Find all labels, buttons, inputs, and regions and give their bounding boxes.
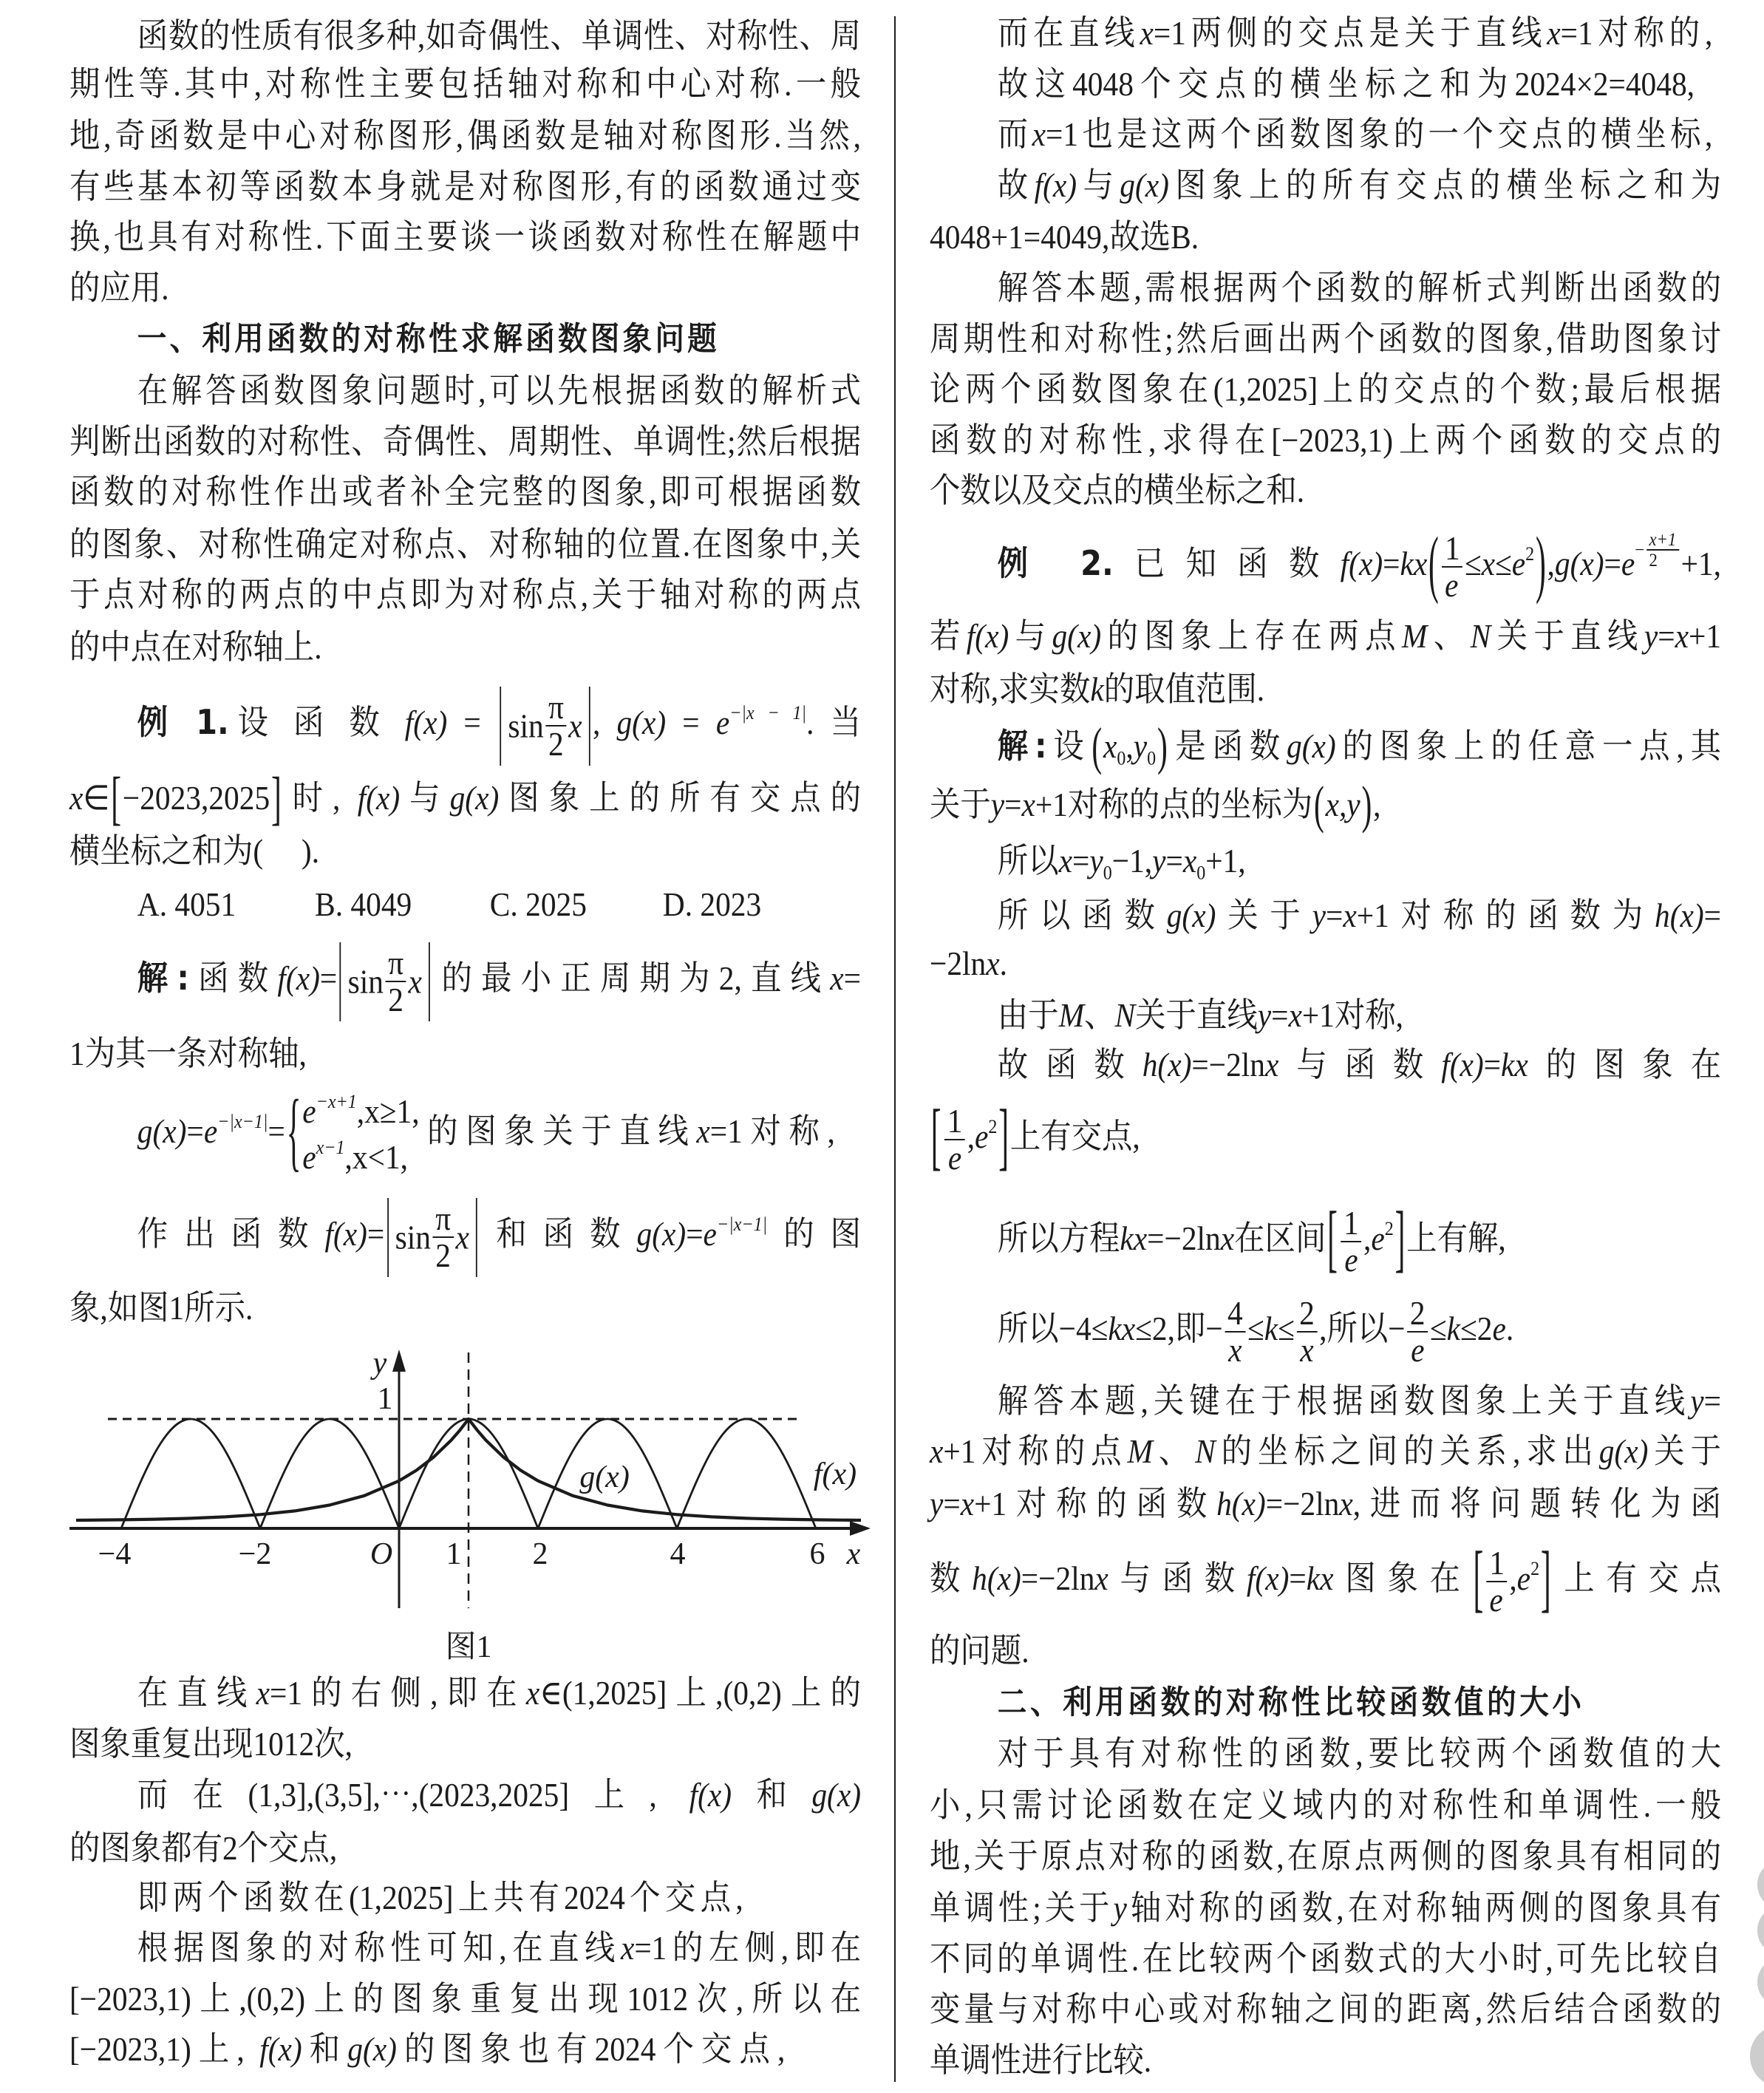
example2-summary-line: 解答本题,关键在于根据函数图象上关于直线y= xyxy=(930,1378,1721,1425)
math-var: kx xyxy=(1400,545,1427,582)
text-run: +1对称的函数为 xyxy=(1357,896,1655,934)
math-var: y xyxy=(1089,842,1103,879)
right-column: 而在直线x=1两侧的交点是关于直线x=1对称的, 故这4048个交点的横坐标之和… xyxy=(930,0,1721,2093)
text-run: ,进而将问题转化为函 xyxy=(1353,1485,1721,1522)
math-var: x xyxy=(1059,842,1072,879)
superscript: 2 xyxy=(1530,1557,1539,1579)
example2-stem-line: 例 2.已知函数f(x)=kx(1e≤x≤e2),g(x)=e−x+12+1, xyxy=(930,519,1721,608)
math-op: =−2ln xyxy=(1266,1485,1340,1522)
math-var: e xyxy=(1517,1559,1530,1597)
fraction-numerator: π xyxy=(386,945,406,981)
text-run: 上有交点 xyxy=(1552,1559,1721,1597)
math-var: g(x) xyxy=(1555,545,1604,582)
math-var: x xyxy=(1265,1046,1278,1083)
section2-para-line: 对于具有对称性的函数,要比较两个函数值的大 xyxy=(930,1730,1721,1777)
fraction: 4x xyxy=(1225,1296,1245,1369)
example2-solution-line: 解:设(x0,y0)是函数g(x)的图象上的任意一点,其 xyxy=(930,712,1721,779)
math-var: g(x) xyxy=(347,2030,397,2068)
figure-caption: 图1 xyxy=(445,1630,491,1664)
fraction-denominator: 2 xyxy=(545,725,566,762)
math-op: , xyxy=(1363,1219,1371,1257)
math-var: y xyxy=(1258,996,1271,1034)
fraction-numerator: x+1 xyxy=(1646,530,1679,550)
text-run: =1的右侧,即在 xyxy=(270,1674,526,1712)
text-run: 当 xyxy=(831,704,861,741)
x-tick-label: 6 xyxy=(810,1537,825,1571)
case-row: ex−1,x<1, xyxy=(302,1134,419,1180)
math-var: g(x) xyxy=(616,704,666,741)
math-op: , xyxy=(593,704,617,741)
text-run: 作出函数 xyxy=(137,1215,325,1253)
text-run: 单调性;关于 xyxy=(930,1889,1113,1927)
section1-para-line: 判断出函数的对称性、奇偶性、周期性、单调性;然后根据 xyxy=(69,418,861,466)
text-run: 数 xyxy=(930,1559,972,1597)
superscript: 2 xyxy=(1525,542,1534,565)
piecewise-definition-line: g(x)=e−|x−1|={e−x+1,x≥1,ex−1,x<1,的图象关于直线… xyxy=(69,1081,835,1182)
text-run: 的图象关于直线 xyxy=(420,1112,697,1150)
subscript: 0 xyxy=(1196,861,1205,883)
math-var: y xyxy=(991,786,1004,823)
fraction: 1e xyxy=(1341,1205,1361,1279)
math-var: M xyxy=(1127,1432,1152,1470)
option-d: D. 2023 xyxy=(663,881,761,928)
fraction: 1e xyxy=(1442,531,1462,604)
math-op: =−2ln xyxy=(1147,1219,1221,1257)
example2-solution-line: 故函数h(x)=−2lnx与函数f(x)=kx的图象在 xyxy=(930,1041,1721,1089)
math-var: x xyxy=(1339,1485,1352,1522)
text-run: 上有解, xyxy=(1406,1219,1506,1257)
math-var: e xyxy=(302,1092,316,1130)
math-op: − xyxy=(1635,540,1644,560)
math-var: x xyxy=(408,962,421,1000)
option-b: B. 4049 xyxy=(315,881,412,928)
text-run: ≤2,即− xyxy=(1135,1310,1223,1347)
text-run: 若 xyxy=(930,617,967,655)
math-var: g(x) xyxy=(1599,1432,1649,1470)
text-run: 的坐标之间的关系,求出 xyxy=(1216,1432,1599,1470)
intro-line: 的应用. xyxy=(69,265,861,312)
text-run: 所以 xyxy=(998,842,1059,879)
fraction-denominator: e xyxy=(1487,1581,1508,1618)
fraction-denominator: e xyxy=(1341,1241,1361,1278)
math-var: y xyxy=(1134,727,1147,765)
text-run: 图象在 xyxy=(1333,1559,1471,1597)
conclusion-line: 故这4048个交点的横坐标之和为2024×2=4048, xyxy=(930,61,1695,108)
x-axis-arrow-icon xyxy=(850,1521,871,1536)
analysis-line: 而在(1,3],(3,5],⋯,(2023,2025]上, f(x)和g(x) xyxy=(69,1772,861,1819)
math-var: kx xyxy=(1120,1219,1147,1257)
math-var: e xyxy=(204,1112,217,1150)
page-edge-circle xyxy=(1750,2025,1764,2087)
math-var: x xyxy=(1288,996,1301,1034)
superscript: −|x−1| xyxy=(217,1110,268,1132)
text-run: 的最小正周期为2,直线 xyxy=(432,959,830,997)
section1-para-line: 函数的对称性作出或者补全完整的图象,即可根据函数 xyxy=(69,469,861,516)
math-op: = xyxy=(1484,1046,1501,1083)
text-run: =1对称, xyxy=(710,1112,835,1150)
math-var: y xyxy=(1644,617,1658,655)
math-var: x,y xyxy=(1326,786,1361,823)
math-var: x xyxy=(1022,786,1035,823)
fraction: π2 xyxy=(433,1201,454,1274)
x-tick-label: 2 xyxy=(533,1537,548,1571)
math-var: f(x) xyxy=(358,779,400,817)
math-var: x xyxy=(1221,1219,1234,1257)
text-run: 在区间 xyxy=(1234,1219,1326,1257)
example2-solution-line: 所以−4≤kx≤2,即−4x≤k≤2x,所以−2e≤k≤2e. xyxy=(930,1284,1721,1373)
case-row: e−x+1,x≥1, xyxy=(302,1089,419,1134)
fraction-numerator: 4 xyxy=(1225,1296,1245,1331)
text-run: 由于 xyxy=(998,996,1059,1034)
math-op: =−2ln xyxy=(1021,1559,1095,1597)
text-run: 而在直线 xyxy=(998,14,1140,52)
math-op: , xyxy=(1126,727,1133,765)
text-run: =1的左侧,即在 xyxy=(634,1929,861,1967)
text-run: 对称,求实数 xyxy=(930,670,1090,708)
text-run: 故 xyxy=(998,166,1035,204)
math-op: = xyxy=(1166,842,1183,879)
section2-para-line: 小,只需讨论函数在定义域内的对称性和单调性.一般 xyxy=(930,1782,1721,1829)
text-run: 、 xyxy=(1084,996,1114,1034)
text-run: 与 xyxy=(1077,166,1120,204)
subscript: 0 xyxy=(1103,861,1112,883)
math-op: ≤ xyxy=(1465,545,1482,582)
example2-solution-line: −2lnx. xyxy=(930,940,1721,987)
curve-f-label: f(x) xyxy=(814,1457,857,1491)
y-axis-label: y xyxy=(370,1347,387,1381)
text-run: 的图象也有2024个交点, xyxy=(397,2030,785,2068)
section2-para-line: 不同的单调性.在比较两个函数式的大小时,可先比较自 xyxy=(930,1936,1721,1983)
text-run: 所以函数 xyxy=(998,896,1167,934)
text-run: 所以−4≤ xyxy=(998,1310,1109,1347)
text-run: 是函数 xyxy=(1169,727,1287,765)
subscript: 0 xyxy=(1117,746,1126,769)
math-var: x xyxy=(1032,115,1046,153)
absolute-value: sinπ2x xyxy=(387,1198,477,1277)
math-var: g(x) xyxy=(137,1112,187,1150)
math-var: M xyxy=(1059,996,1084,1034)
math-var: e xyxy=(1492,1310,1505,1347)
math-var: h(x) xyxy=(1216,1485,1266,1522)
math-var: e xyxy=(1371,1219,1384,1257)
math-op: = xyxy=(1289,1559,1306,1597)
fraction: π2 xyxy=(545,690,566,763)
math-var: f(x) xyxy=(1247,1559,1289,1597)
math-op: . xyxy=(1506,1310,1513,1347)
left-column: 函数的性质有很多种,如奇偶性、单调性、对称性、周 期性等.其中,对称性主要包括轴… xyxy=(69,0,861,2093)
intro-line: 换,也具有对称性.下面主要谈一谈函数对称性在解题中 xyxy=(69,214,861,261)
math-op: , xyxy=(1373,786,1380,823)
text-run: 关于 xyxy=(930,786,991,823)
example2-summary-line: 数h(x)=−2lnx与函数f(x)=kx图象在[1e,e2]上有交点 xyxy=(930,1534,1721,1623)
section1-para-line: 在解答函数图象问题时,可以先根据函数的解析式 xyxy=(69,367,861,415)
math-var: x xyxy=(1183,842,1196,879)
x-axis-label: x xyxy=(846,1537,861,1571)
text-run: 设 xyxy=(1047,727,1091,765)
conclusion-line: 而x=1也是这两个函数图象的一个交点的横坐标, xyxy=(930,111,1712,158)
math-var: e xyxy=(1621,545,1635,582)
example1-options: A. 4051 B. 4049 C. 2025 D. 2023 xyxy=(69,881,861,928)
text-run: 解答本题,关键在于根据函数图象上关于直线 xyxy=(998,1382,1690,1420)
math-op: = xyxy=(447,704,497,741)
math-var: kx xyxy=(1108,1310,1135,1347)
math-op: +1, xyxy=(1205,842,1245,879)
math-var: x xyxy=(986,945,999,982)
math-op: ∈ xyxy=(83,779,109,817)
example2-solution-line: 由于M、N关于直线y=x+1对称, xyxy=(930,992,1721,1039)
math-var: N xyxy=(1471,617,1491,655)
page-edge-circle xyxy=(1757,1905,1764,1956)
math-var: kx xyxy=(1501,1046,1528,1083)
math-var: e xyxy=(716,704,729,741)
section1-heading: 一、利用函数的对称性求解函数图象问题 xyxy=(69,316,717,363)
analysis-line: 图象重复出现1012次, xyxy=(69,1721,861,1768)
fraction-numerator: π xyxy=(433,1201,454,1236)
intro-line: 有些基本初等函数本身就是对称图形,有的函数通过变 xyxy=(69,163,861,211)
math-op: =−2ln xyxy=(1191,1046,1265,1083)
page-edge-circle xyxy=(1757,1859,1764,1910)
math-op: = xyxy=(1658,617,1675,655)
fraction-numerator: π xyxy=(545,690,566,725)
absolute-value: sinπ2x xyxy=(340,942,430,1021)
math-op: = xyxy=(686,1215,703,1253)
math-op: , xyxy=(1547,545,1555,582)
text-run: 故函数 xyxy=(998,1046,1142,1083)
text-run: 在直线 xyxy=(137,1674,256,1712)
text-run: 、 xyxy=(1427,617,1470,655)
fraction: π2 xyxy=(386,945,406,1018)
math-op: = xyxy=(367,1215,384,1253)
math-condition: ,x≥1, xyxy=(357,1092,420,1130)
math-var: g(x) xyxy=(1120,166,1169,204)
example2-summary-line: x+1对称的点M、N的坐标之间的关系,求出g(x)关于 xyxy=(930,1428,1721,1475)
text-run: 所以方程 xyxy=(998,1219,1120,1257)
math-var: f(x) xyxy=(1035,166,1077,204)
math-var: k xyxy=(1264,1310,1278,1347)
text-run: 与 xyxy=(1009,617,1052,655)
section2-para-line: 单调性;关于y轴对称的函数,在对称轴两侧的图象具有 xyxy=(930,1885,1721,1932)
math-var: x xyxy=(1094,1559,1108,1597)
math-var: y xyxy=(1312,896,1326,934)
math-var: h(x) xyxy=(972,1559,1021,1597)
text-run: +1对称的点 xyxy=(943,1432,1127,1470)
subscript: 0 xyxy=(1147,746,1156,769)
math-var: g(x) xyxy=(1167,896,1216,934)
fraction-numerator: 1 xyxy=(1442,531,1462,566)
y-tick-label: 1 xyxy=(378,1382,393,1416)
math-var: x xyxy=(526,1674,539,1712)
fraction: 2e xyxy=(1407,1296,1428,1369)
conclusion-line: 而在直线x=1两侧的交点是关于直线x=1对称的, xyxy=(930,10,1712,57)
summary-line: 个数以及交点的横坐标之和. xyxy=(930,467,1721,514)
math-var: N xyxy=(1195,1432,1216,1470)
example2-solution-line: 所以x=y0−1,y=x0+1, xyxy=(930,837,1721,885)
example2-solution-line: 所以方程kx=−2lnx在区间[1e,e2]上有解, xyxy=(930,1194,1721,1283)
intro-line: 函数的性质有很多种,如奇偶性、单调性、对称性、周 xyxy=(69,13,861,60)
analysis-line: 根据图象的对称性可知,在直线x=1的左侧,即在 xyxy=(69,1924,861,1972)
text-run: 根据图象的对称性可知,在直线 xyxy=(137,1929,621,1967)
text-run: 而 xyxy=(998,115,1032,153)
math-var: e xyxy=(1512,545,1525,582)
x-tick-label: 1 xyxy=(446,1537,462,1571)
math-var: g(x) xyxy=(811,1776,861,1814)
example2-stem-line: 若f(x)与g(x)的图象上存在两点M、N关于直线y=x+1 xyxy=(930,613,1721,660)
math-var: x xyxy=(1675,617,1689,655)
math-var: N xyxy=(1114,996,1135,1034)
section2-para-line: 地,关于原点对称的函数,在原点两侧的图象具有相同的 xyxy=(930,1833,1721,1880)
math-op: = xyxy=(186,1112,203,1150)
example-label: 例 1. xyxy=(137,702,229,742)
math-func: sin xyxy=(508,707,543,744)
page-edge-circle xyxy=(1757,1957,1764,2007)
math-var: f(x) xyxy=(1341,545,1383,582)
fraction-numerator: 1 xyxy=(944,1103,965,1139)
superscript: −|x−1| xyxy=(717,1213,767,1235)
text-run: [−2023,1)上, xyxy=(69,2030,259,2068)
math-var: M xyxy=(1402,617,1427,655)
math-var: x xyxy=(961,1485,974,1522)
math-op: = xyxy=(320,959,337,997)
x-tick-label: 4 xyxy=(670,1537,686,1571)
section1-para-line: 的中点在对称轴上. xyxy=(69,624,861,671)
math-op: = xyxy=(1072,842,1089,879)
text-run: =1对称的, xyxy=(1561,14,1713,52)
summary-line: 解答本题,需根据两个函数的解析式判断出函数的 xyxy=(930,265,1721,312)
fraction-denominator: e xyxy=(1407,1331,1428,1368)
summary-line: 函数的对称性,求得在[−2023,1)上两个函数的交点的 xyxy=(930,417,1721,464)
math-op: = xyxy=(844,959,861,997)
absolute-value: sinπ2x xyxy=(500,687,590,766)
text-run: 的图象上的任意一点,其 xyxy=(1336,727,1721,765)
text-run: =1也是这两个函数图象的一个交点的横坐标, xyxy=(1046,115,1712,153)
superscript: x−1 xyxy=(316,1136,345,1158)
math-var: x xyxy=(830,959,843,997)
math-var: x xyxy=(69,779,83,817)
text-run: 已知函数 xyxy=(1114,545,1341,582)
example1-solution-line: 象,如图1所示. xyxy=(69,1284,861,1332)
math-var: x xyxy=(1103,727,1117,765)
text-run: 与函数 xyxy=(1278,1046,1441,1083)
fraction: 2x xyxy=(1297,1296,1318,1369)
math-op: +1, xyxy=(1681,545,1721,582)
text-run: 图象上的所有交点的横坐标之和为 xyxy=(1169,166,1721,204)
math-var: x xyxy=(696,1112,709,1150)
text-run: 上有交点, xyxy=(1010,1117,1140,1155)
math-func: sin xyxy=(348,962,384,1000)
fraction-denominator: 2 xyxy=(386,981,406,1018)
exponent-fraction: −x+12 xyxy=(1635,530,1680,571)
y-axis-arrow-icon xyxy=(392,1350,406,1372)
superscript: −x+1 xyxy=(316,1090,357,1112)
math-var: f(x) xyxy=(1441,1046,1483,1083)
text-run: 设 函 数 xyxy=(229,704,405,741)
fraction-numerator: 1 xyxy=(1341,1205,1361,1241)
math-var: f(x) xyxy=(405,704,447,741)
math-var: k xyxy=(1447,1310,1460,1347)
example1-stem-line: x∈[−2023,2025]时, f(x)与g(x)图象上的所有交点的 xyxy=(69,765,861,831)
example1-stem-line: 横坐标之和为( ). xyxy=(69,828,861,875)
math-var: g(x) xyxy=(1287,727,1336,765)
text-run: 的图 xyxy=(767,1215,861,1253)
math-op: = xyxy=(1004,786,1021,823)
math-op: −1, xyxy=(1112,842,1152,879)
example2-solution-line: 关于y=x+1对称的点的坐标为(x,y), xyxy=(930,772,1721,838)
fraction-numerator: 2 xyxy=(1407,1296,1428,1331)
math-var: kx xyxy=(1307,1559,1334,1597)
fraction-denominator: 2 xyxy=(1646,549,1679,571)
superscript: 2 xyxy=(1385,1217,1394,1239)
analysis-line: 的图象都有2个交点, xyxy=(69,1825,861,1872)
math-var: f(x) xyxy=(967,617,1009,655)
example2-stem-line: 对称,求实数k的取值范围. xyxy=(930,666,1721,713)
x-tick-label: −2 xyxy=(239,1537,272,1571)
fraction-denominator: e xyxy=(944,1139,965,1176)
math-op: , xyxy=(1509,1559,1516,1597)
example1-solution-line: 解:函数f(x)=sinπ2x的最小正周期为2,直线x= xyxy=(69,933,861,1022)
math-op: = xyxy=(1271,996,1288,1034)
math-var: x xyxy=(1547,14,1560,52)
example1-solution-line: 作出函数f(x)=sinπ2x和函数g(x)=e−|x−1|的图 xyxy=(69,1190,861,1279)
section2-para-line: 单调性进行比较. xyxy=(930,2037,1721,2084)
fraction-denominator: x xyxy=(1225,1331,1245,1368)
text-run: 与函数 xyxy=(1109,1559,1247,1597)
math-op: = xyxy=(268,1112,285,1150)
math-op: = xyxy=(943,1485,960,1522)
math-var: y xyxy=(930,1485,943,1522)
math-op: ≤2 xyxy=(1460,1310,1492,1347)
intro-line: 地,奇函数是中心对称图形,偶函数是轴对称图形.当然, xyxy=(69,112,861,160)
analysis-line: [−2023,1)上,(0,2)上的图象重复出现1012次,所以在 xyxy=(69,1975,861,2023)
example2-solution-line: [1e,e2]上有交点, xyxy=(930,1092,1721,1181)
fraction-denominator: 2 xyxy=(433,1236,454,1273)
text-run: 和 xyxy=(302,2030,348,2068)
superscript: −|x − 1| xyxy=(729,701,806,724)
math-var: e xyxy=(302,1138,316,1176)
text-run: 和 xyxy=(732,1776,811,1814)
math-var: g(x) xyxy=(637,1215,687,1253)
x-tick-label: −4 xyxy=(98,1537,132,1571)
text-run: 和函数 xyxy=(480,1215,636,1253)
fraction-denominator: x xyxy=(1297,1331,1318,1368)
math-var: g(x) xyxy=(450,779,500,817)
text-run: +1对称的点的坐标为 xyxy=(1035,786,1312,823)
text-run: ,所以− xyxy=(1319,1310,1406,1347)
option-c: C. 2025 xyxy=(490,881,587,928)
math-op: . xyxy=(806,704,831,741)
conclusion-line: 4048+1=4049,故选B. xyxy=(930,214,1721,261)
math-op: = xyxy=(1604,545,1621,582)
math-op: ≤ xyxy=(1247,1310,1264,1347)
math-number: −2023,2025 xyxy=(123,779,270,817)
math-var: y xyxy=(1152,842,1165,879)
math-var: g(x) xyxy=(1052,617,1101,655)
math-var: h(x) xyxy=(1142,1046,1192,1083)
text-run: 关于 xyxy=(1216,896,1312,934)
summary-line: 论两个函数图象在(1,2025]上的交点的个数;最后根据 xyxy=(930,366,1721,413)
solution-label: 解: xyxy=(998,726,1047,766)
text-run: 函数 xyxy=(189,959,277,997)
text-run: 的取值范围. xyxy=(1104,670,1264,708)
math-op: = xyxy=(1383,545,1400,582)
summary-line: 周期性和对称性;然后画出两个函数的图象,借助图象讨 xyxy=(930,316,1721,363)
column-divider xyxy=(894,16,896,2082)
analysis-line: [−2023,1)上, f(x)和g(x)的图象也有2024个交点, xyxy=(69,2026,785,2073)
figure-1-graph: y 1 −4 −2 O 1 2 4 6 x g(x) f(x) 图1 xyxy=(0,1330,887,1678)
math-var: x xyxy=(568,707,582,744)
section2-para-line: 变量与对称中心或对称轴之间的距离,然后结合函数的 xyxy=(930,1986,1721,2033)
example2-summary-line: y=x+1对称的函数h(x)=−2lnx,进而将问题转化为函 xyxy=(930,1480,1721,1528)
section1-para-line: 于点对称的两点的中点即为对称点,关于轴对称的两点 xyxy=(69,571,861,619)
